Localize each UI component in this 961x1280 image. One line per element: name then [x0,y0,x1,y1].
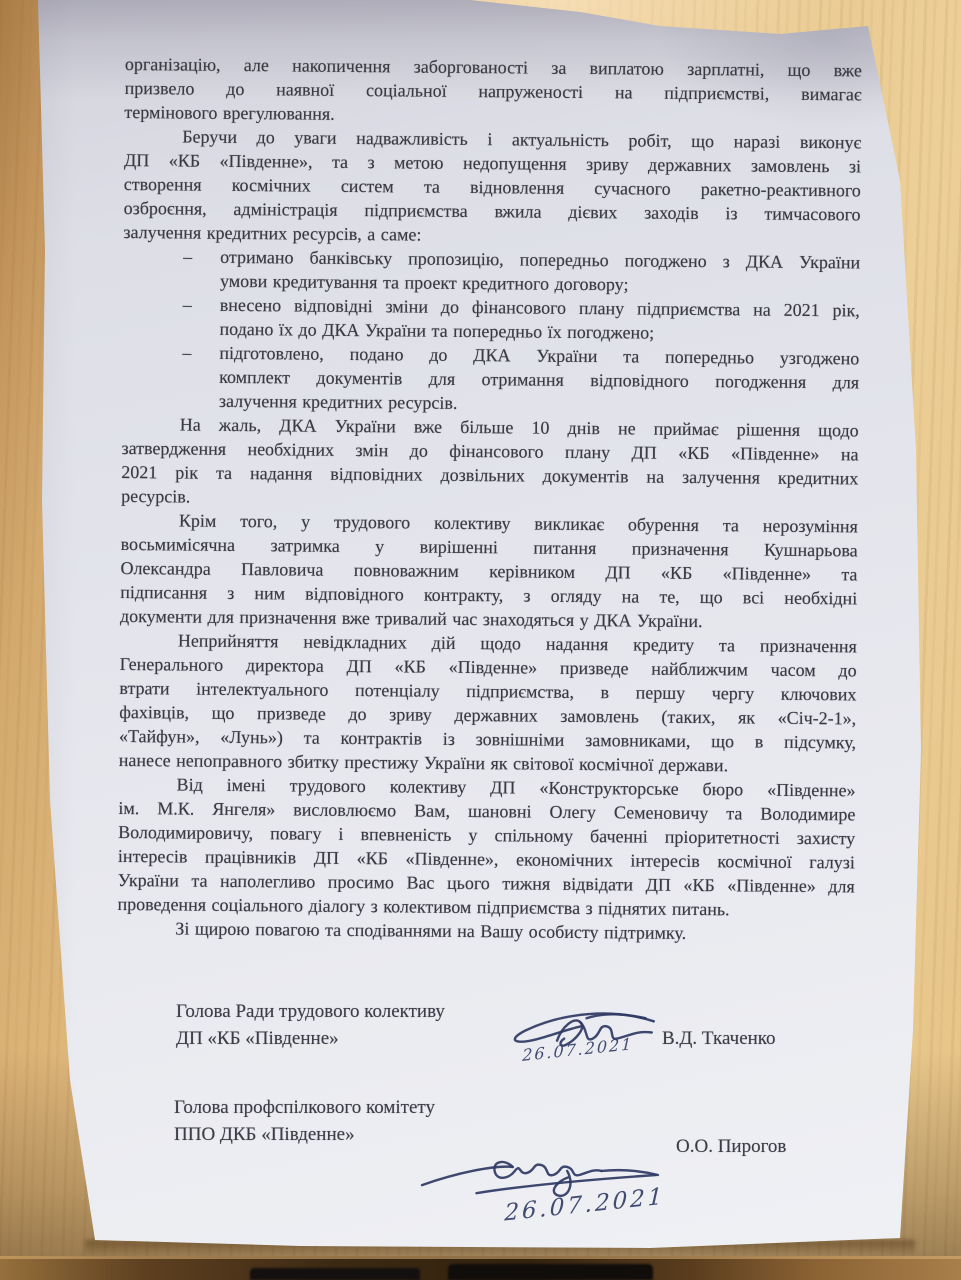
dash-marker: – [183,293,192,317]
dash-marker: – [183,245,192,269]
signature-role-2: Голова профспілкового комітету ППО ДКБ «… [174,1094,435,1148]
signature-role-1: Голова Ради трудового колективу ДП «КБ «… [176,998,445,1052]
paragraph: організацію, але накопичення заборговано… [124,52,862,130]
paragraph: На жаль, ДКА України вже більше 10 днів … [121,412,859,514]
dash-marker: – [182,341,191,365]
bullet-item: – внесено відповідні зміни до фінансовог… [122,292,859,346]
bullet-item: – підготовлено, подано до ДКА України та… [122,340,860,418]
signer-name-2: О.О. Пирогов [676,1136,786,1158]
bullet-item: – отримано банківську пропозицію, попере… [123,244,860,298]
paragraph: Неприйняття невідкладних дій щодо наданн… [119,628,857,778]
org-line: ППО ДКБ «Південне» [174,1121,435,1148]
signer-name-1: В.Д. Ткаченко [662,1028,776,1050]
letter-body: організацію, але накопичення заборговано… [117,52,862,946]
paragraph: Беручи до уваги надважливість і актуальн… [123,124,861,250]
org-line: ДП «КБ «Південне» [176,1025,445,1052]
table-edge-dark-blob [448,1264,653,1280]
photo-of-letter: організацію, але накопичення заборговано… [0,0,961,1280]
role-line: Голова Ради трудового колективу [176,998,445,1025]
table-edge-dark-blob [250,1268,420,1280]
paragraph: Крім того, у трудового колективу виклика… [120,508,858,634]
paragraph: Від імені трудового колективу ДП «Констр… [117,772,855,922]
role-line: Голова профспілкового комітету [174,1094,435,1121]
